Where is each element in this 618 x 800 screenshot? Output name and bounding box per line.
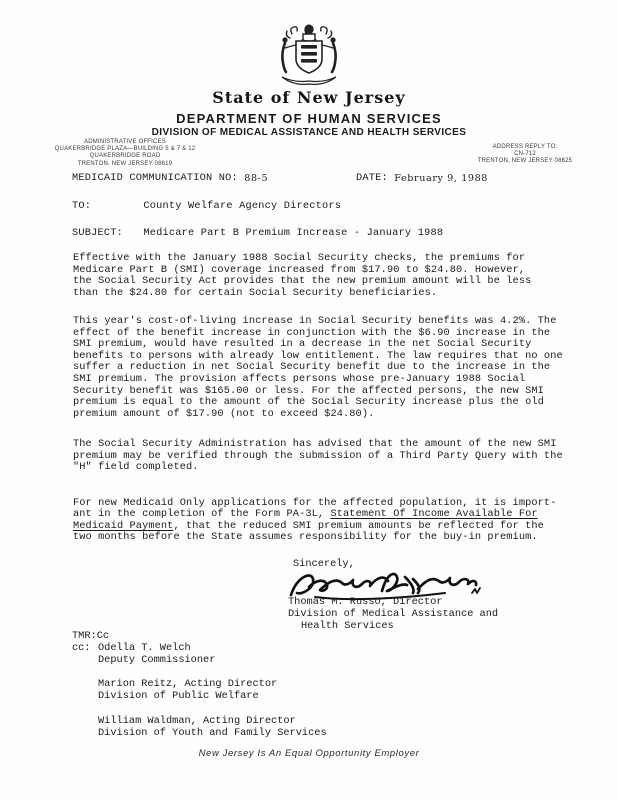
date-label: DATE: (356, 172, 388, 184)
cc-entry: Marion Reitz, Acting Director Division o… (98, 678, 277, 702)
cc-entry: Odella T. Welch Deputy Commissioner (98, 642, 215, 666)
communication-number-line: MEDICAID COMMUNICATION NO: 88-5 (72, 172, 268, 184)
to-line: TO: County Welfare Agency Directors (72, 200, 341, 212)
address-line: ADMINISTRATIVE OFFICES (40, 139, 210, 146)
cc-entry: William Waldman, Acting Director Divisio… (98, 715, 327, 739)
address-line: TRENTON, NEW JERSEY 08619 (40, 161, 210, 168)
address-line: TRENTON, NEW JERSEY 08625 (445, 158, 605, 165)
subject-value: Medicare Part B Premium Increase - Janua… (143, 227, 443, 239)
subject-label: SUBJECT: (72, 227, 137, 239)
body-paragraph-1: Effective with the January 1988 Social S… (73, 253, 578, 299)
subject-line: SUBJECT: Medicare Part B Premium Increas… (72, 227, 443, 239)
department-name: DEPARTMENT OF HUMAN SERVICES (0, 111, 618, 126)
communication-label: MEDICAID COMMUNICATION NO: (72, 172, 238, 184)
signer-org-line-2: Health Services (301, 620, 394, 632)
address-line: CN-712 (445, 151, 605, 158)
nj-state-seal-icon (272, 24, 346, 90)
address-line: QUAKERBRIDGE PLAZA—BUILDING 5 & 7 & 12 (40, 146, 210, 153)
date-value: February 9, 1988 (394, 173, 488, 184)
division-name: DIVISION OF MEDICAL ASSISTANCE AND HEALT… (0, 127, 618, 138)
to-value: County Welfare Agency Directors (143, 200, 341, 212)
cc-name: Odella T. Welch (98, 642, 215, 654)
address-line: ADDRESS REPLY TO: (445, 144, 605, 151)
letter-page: State of New Jersey DEPARTMENT OF HUMAN … (0, 0, 618, 800)
body-paragraph-4: For new Medicaid Only applications for t… (73, 486, 578, 544)
body-paragraph-3: The Social Security Administration has a… (73, 439, 578, 474)
body-paragraph-2: This year's cost-of-living increase in S… (73, 316, 578, 420)
cc-title: Division of Youth and Family Services (98, 727, 327, 739)
communication-number: 88-5 (244, 173, 268, 184)
signer-name-title: Thomas M. Russo, Director (288, 596, 442, 608)
cc-name: William Waldman, Acting Director (98, 715, 327, 727)
cc-title: Deputy Commissioner (98, 654, 215, 666)
address-line: QUAKERBRIDGE ROAD (40, 153, 210, 160)
to-label: TO: (72, 200, 137, 212)
equal-opportunity-footer: New Jersey Is An Equal Opportunity Emplo… (0, 748, 618, 759)
cc-name: Marion Reitz, Acting Director (98, 678, 277, 690)
office-address-block: ADMINISTRATIVE OFFICES QUAKERBRIDGE PLAZ… (40, 139, 210, 168)
typist-initials: TMR:Cc (72, 630, 109, 642)
cc-title: Division of Public Welfare (98, 690, 277, 702)
state-name: State of New Jersey (0, 88, 618, 107)
signer-org-line-1: Division of Medical Assistance and (288, 608, 498, 620)
cc-label: cc: (72, 642, 91, 654)
date-line: DATE: February 9, 1988 (356, 172, 488, 184)
reply-address-block: ADDRESS REPLY TO: CN-712 TRENTON, NEW JE… (445, 144, 605, 166)
